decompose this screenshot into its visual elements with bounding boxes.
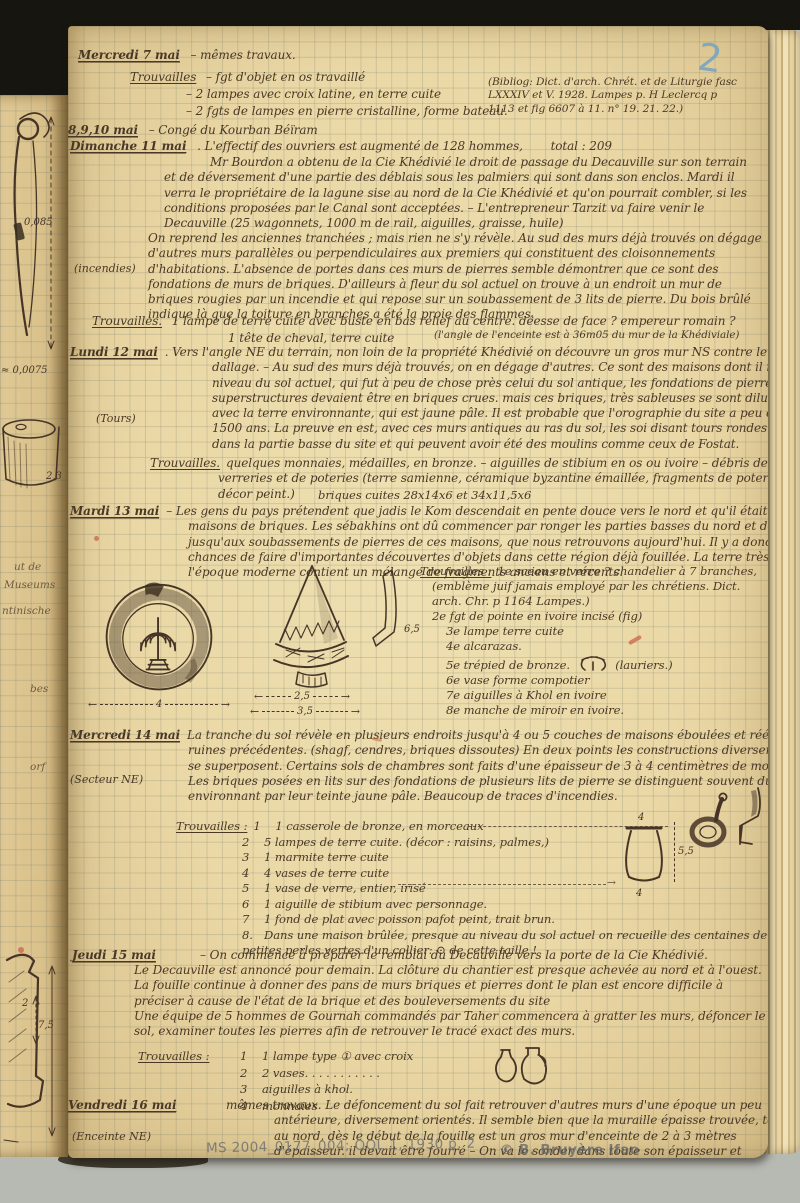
entry-may15-para1: – On commence à préparer le remblai du D… <box>134 948 768 963</box>
entry-may15-para2: Le Decauville est annoncé pour demain. L… <box>134 963 768 978</box>
trouvailles-label: Trouvailles : <box>420 564 491 578</box>
entry-may8910-date: 8,9,10 mai <box>68 123 138 138</box>
bibliography-note: (Bibliog: Dict. d'arch. Chrét. et de Lit… <box>488 76 744 116</box>
dim-value: 4 <box>156 699 162 710</box>
entry-may15-para3: La fouille continue à donner des pans de… <box>134 978 768 1008</box>
find-row: Trouvailles :11 casserole de bronze, en … <box>176 819 756 835</box>
find-row: 2e fgt de pointe en ivoire incisé (fig) <box>420 609 760 624</box>
point-top-dimension: 2,5 <box>254 690 350 703</box>
point-base-dimension: 3,5 <box>250 705 360 718</box>
entry-may7-trouvailles: Trouvailles – fgt d'objet en os travaill… <box>130 70 365 85</box>
previous-page-edge: 0,085 ≈ 0,0075 2,3 ut de Museums ntinisc… <box>0 95 68 1157</box>
left-dim-2: 2 <box>22 998 28 1009</box>
red-mark <box>94 536 99 541</box>
find-num: 8. <box>242 928 258 944</box>
find-line: aiguilles à khol. <box>262 1082 353 1096</box>
find-row: 8e manche de miroir en ivoire. <box>420 703 760 718</box>
pan-profile-sketch <box>734 786 764 848</box>
trouvailles-label: Trouvailles : <box>138 1048 234 1065</box>
find-row: 51 vase de verre, entier, irisé <box>176 881 756 897</box>
margin-note-incendies: (incendies) <box>74 262 136 275</box>
left-fragment-5: orf <box>30 761 45 773</box>
entry-may14-para: La tranche du sol révèle en plusieurs en… <box>187 728 768 803</box>
lauriers-note: (lauriers.) <box>615 658 672 672</box>
trouvailles-label: Trouvailles <box>130 70 196 84</box>
find-line: 1 aiguille de stibium avec personnage. <box>264 897 487 911</box>
find-line: – 2 fgts de lampes en pierre cristalline… <box>186 104 508 119</box>
entry-may11-heading: Dimanche 11 mai . L'effectif des ouvrier… <box>70 139 612 154</box>
entry-may11-para2: On reprend les anciennes tranchées ; mai… <box>148 231 766 323</box>
menorah-seal-sketch <box>84 578 234 698</box>
find-row: 71 fond de plat avec poisson pafot peint… <box>176 912 756 928</box>
trouvailles-label: Trouvailles. <box>150 456 220 470</box>
entry-may13-trouvailles: Trouvailles :1e sceau en verre ? chandel… <box>420 564 760 718</box>
find-line: 2 vases. . . . . . . . . . . <box>262 1066 380 1080</box>
entry-may11-para1: Mr Bourdon a obtenu de la Cie Khédivié l… <box>164 155 760 231</box>
left-dim-23: 2,3 <box>46 471 62 482</box>
trouvailles-label: Trouvailles. <box>92 314 162 328</box>
vase-base-dim: 4 <box>636 888 642 899</box>
page-number: 2 <box>695 35 725 82</box>
entry-may15-para4: Une équipe de 5 hommes de Gournah comman… <box>134 1009 768 1039</box>
find-line: 4 vases de terre cuite <box>264 866 389 880</box>
find-num: 2 <box>240 1065 256 1082</box>
find-line: 1 vase de verre, entier, irisé <box>264 881 426 895</box>
vase-height-line <box>674 822 675 882</box>
book-binding-left <box>0 0 72 100</box>
find-num: 4 <box>242 866 258 882</box>
journal-scan: 0,085 ≈ 0,0075 2,3 ut de Museums ntinisc… <box>0 0 800 1203</box>
entry-may16-date: Vendredi 16 mai <box>68 1098 176 1113</box>
bronze-pan-sketch <box>688 790 732 850</box>
entry-may11-date: Dimanche 11 mai <box>70 139 186 154</box>
seal-width-dimension: 4 <box>88 698 230 711</box>
journal-page: 2 Mercredi 7 mai – mêmes travaux. Trouva… <box>68 26 768 1158</box>
find-row: 4e alcarazas. <box>420 639 760 654</box>
left-fragment-4: bes <box>30 683 48 695</box>
find-num: 1 <box>253 819 269 835</box>
find-row: Trouvailles :1e sceau en verre ? chandel… <box>420 564 760 609</box>
entry-may11-line1: . L'effectif des ouvriers est augmenté d… <box>197 139 523 153</box>
find-line: 1 lampe de terre cuite avec buste en bas… <box>172 314 736 328</box>
find-row: 7e aiguilles à Khol en ivoire <box>420 688 760 703</box>
left-fragment-2: Museums <box>4 579 55 591</box>
dim-65: 6,5 <box>404 624 420 635</box>
margin-note-tours: (Tours) <box>96 412 136 425</box>
cylinder-sketch <box>0 413 64 505</box>
entry-may14-trouvailles: Trouvailles :11 casserole de bronze, en … <box>176 819 756 959</box>
margin-note-enceinte-ne: (Enceinte NE) <box>72 1130 151 1143</box>
entry-may12: Lundi 12 mai. Vers l'angle NE du terrain… <box>70 345 768 452</box>
find-line-bricks: briques cuites 28x14x6 et 34x11,5x6 <box>318 488 531 503</box>
entry-may12-date: Lundi 12 mai <box>70 345 158 360</box>
entry-may14-date: Mercredi 14 mai <box>70 728 180 743</box>
point-profile-partial-sketch <box>368 568 398 688</box>
find-num: 3 <box>240 1081 256 1098</box>
entry-may11-trouvailles: Trouvailles. 1 lampe de terre cuite avec… <box>92 314 762 329</box>
page-edges-right <box>764 30 800 1154</box>
find-num: 3 <box>242 850 258 866</box>
find-line: 1 marmite terre cuite <box>264 850 389 864</box>
watermark-credit: © B. Bruyère Ifao <box>500 1142 639 1158</box>
entry-may8910-text: – Congé du Kourban Béïram <box>149 123 318 137</box>
dim-value: 3,5 <box>297 706 313 717</box>
find-num: 1 <box>240 1048 256 1065</box>
find-num: 5 <box>242 881 258 897</box>
find-line: – fgt d'objet en os travaillé <box>206 70 365 84</box>
find-line: 1 casserole de bronze, en morceaux <box>275 819 483 833</box>
vase-profile-sketch-left <box>0 940 66 1152</box>
entry-may7-heading: Mercredi 7 mai – mêmes travaux. <box>78 48 296 63</box>
entry-may14: Mercredi 14 maiLa tranche du sol révèle … <box>70 728 768 804</box>
pin-object-sketch <box>2 105 64 361</box>
left-dim-0085: 0,085 <box>24 217 53 228</box>
find-row: 44 vases de terre cuite <box>176 866 756 882</box>
find-line: – 2 lampes avec croix latine, en terre c… <box>186 87 441 102</box>
find-line: 1 tête de cheval, terre cuite <box>228 331 394 346</box>
find-row: 5e trépied de bronze. (lauriers.) <box>420 654 760 673</box>
find-row: 3e lampe terre cuite <box>420 624 760 639</box>
entry-may8910: 8,9,10 mai – Congé du Kourban Béïram <box>68 123 318 138</box>
left-dim-00075: ≈ 0,0075 <box>1 365 48 376</box>
find-line: 1 lampe type ① avec croix <box>262 1049 413 1063</box>
margin-note-secteur-ne: (Secteur NE) <box>70 773 143 786</box>
left-fragment-3: ntinische <box>2 605 51 617</box>
glass-vase-sketch <box>620 822 668 886</box>
entry-may7-date: Mercredi 7 mai <box>78 48 180 63</box>
note-enceinte-angle: (l'angle de l'enceinte est à 36m05 du mu… <box>434 329 739 342</box>
entry-may13-date: Mardi 13 mai <box>70 504 159 519</box>
find-row: 31 marmite terre cuite <box>176 850 756 866</box>
find-num: 7 <box>242 912 258 928</box>
find-row: 25 lampes de terre cuite. (décor : raisi… <box>176 835 756 851</box>
left-fragment-1: ut de <box>14 561 41 573</box>
find-num: 2 <box>242 835 258 851</box>
find-line: 5 lampes de terre cuite. (décor : raisin… <box>264 835 549 849</box>
ivory-point-sketch <box>258 564 362 688</box>
left-dim-75: 7,5 <box>38 1020 54 1031</box>
entry-may7-intro: – mêmes travaux. <box>191 48 296 62</box>
entry-may15-body: – On commence à préparer le remblai du D… <box>134 948 768 1039</box>
find-line: 5e trépied de bronze. <box>446 658 570 672</box>
tripod-sketch <box>578 654 608 672</box>
entry-may11-total: total : 209 <box>551 139 612 153</box>
trouvailles-label: Trouvailles : <box>176 819 247 833</box>
find-num: 6 <box>242 897 258 913</box>
two-vases-sketch <box>488 1044 554 1092</box>
find-row: 61 aiguille de stibium avec personnage. <box>176 897 756 913</box>
entry-may16-heading: Vendredi 16 mai <box>68 1098 183 1113</box>
dim-value: 2,5 <box>294 691 310 702</box>
entry-may12-para: . Vers l'angle NE du terrain, non loin d… <box>165 345 768 451</box>
find-row: 6e vase forme compotier <box>420 673 760 688</box>
find-line: 1 fond de plat avec poisson pafot peint,… <box>264 912 555 926</box>
